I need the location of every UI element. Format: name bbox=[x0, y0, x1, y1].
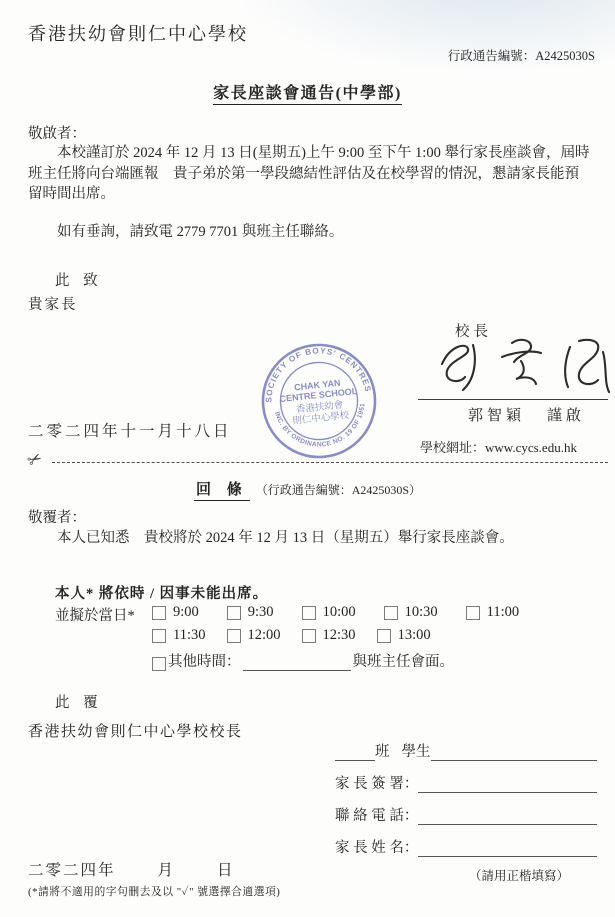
time-option: 13:00 bbox=[377, 627, 431, 644]
reply-date-year: 二零二四年 bbox=[28, 862, 116, 879]
time-option: 9:30 bbox=[227, 604, 274, 621]
parent-name-label: 家 長 姓 名： bbox=[335, 836, 418, 857]
notice-closing: 此 致 bbox=[55, 271, 103, 292]
checkbox-11-30[interactable] bbox=[152, 629, 166, 643]
checkbox-9-30[interactable] bbox=[227, 606, 241, 620]
principal-name-row: 郭智穎謹啟 bbox=[468, 404, 585, 425]
student-name-field[interactable] bbox=[431, 745, 598, 761]
checkbox-10-00[interactable] bbox=[302, 606, 316, 620]
reply-salutation: 敬覆者： bbox=[28, 508, 86, 529]
footnote: (*請將不適用的字句刪去及以 "✓" 號選擇合適選項) bbox=[28, 884, 280, 899]
contact-phone-field[interactable] bbox=[418, 809, 597, 825]
parent-signature-row: 家 長 簽 署： bbox=[335, 772, 597, 793]
reply-closing: 此 覆 bbox=[55, 693, 103, 714]
school-website: 學校網址：www.cycs.edu.hk bbox=[420, 437, 577, 456]
cut-here-dashed-line bbox=[52, 462, 608, 463]
parent-name-field[interactable] bbox=[418, 841, 597, 857]
parent-signature-field[interactable] bbox=[418, 777, 597, 793]
student-label: 學生 bbox=[402, 740, 431, 761]
reply-slip-notice-number: （行政通告編號：A2425030S） bbox=[256, 483, 421, 497]
checkbox-13-00[interactable] bbox=[377, 629, 391, 643]
signature-line bbox=[418, 399, 608, 400]
checkbox-11-00[interactable] bbox=[466, 606, 480, 620]
class-field[interactable] bbox=[335, 745, 375, 761]
parent-name-row: 家 長 姓 名： bbox=[335, 836, 597, 857]
attendance-choice-line: 本人* 將依時 / 因事未能出席。 bbox=[55, 584, 268, 605]
reply-date-day: 日 bbox=[217, 862, 235, 879]
other-time-suffix: 與班主任會面。 bbox=[353, 650, 455, 671]
time-option: 9:00 bbox=[152, 604, 199, 621]
principal-name: 郭智穎 bbox=[468, 408, 525, 424]
class-student-row: 班 學生 bbox=[335, 740, 597, 761]
reply-date-month: 月 bbox=[158, 862, 176, 879]
checkbox-12-00[interactable] bbox=[227, 629, 241, 643]
checkbox-12-30[interactable] bbox=[302, 629, 316, 643]
other-time-label: 其他時間： bbox=[168, 650, 241, 671]
time-option: 11:00 bbox=[466, 604, 520, 621]
other-time-row: 其他時間： 與班主任會面。 bbox=[152, 650, 454, 671]
reply-date-line: 二零二四年月日 bbox=[28, 858, 235, 880]
document-title: 家長座談會通告(中學部) bbox=[0, 80, 615, 103]
time-options-row-1: 9:00 9:30 10:00 10:30 11:00 bbox=[152, 604, 519, 621]
signoff: 謹啟 bbox=[547, 408, 585, 424]
admin-notice-number: 行政通告編號：A2425030S bbox=[448, 46, 595, 64]
school-name: 香港扶幼會則仁中心學校 bbox=[28, 20, 248, 46]
notice-paragraph-1: 本校謹訂於 2024 年 12 月 13 日(星期五)上午 9:00 至下午 1… bbox=[28, 143, 592, 205]
class-suffix-label: 班 bbox=[375, 740, 390, 761]
notice-paragraph-2: 如有垂詢，請致電 2779 7701 與班主任聯絡。 bbox=[28, 222, 592, 243]
principal-signature bbox=[428, 330, 613, 407]
contact-phone-label: 聯 絡 電 話： bbox=[335, 804, 418, 825]
time-options-row-2: 11:30 12:00 12:30 13:00 bbox=[152, 627, 431, 644]
contact-phone-row: 聯 絡 電 話： bbox=[335, 804, 597, 825]
time-option: 10:00 bbox=[302, 604, 356, 621]
time-option: 10:30 bbox=[384, 604, 438, 621]
parent-signature-label: 家 長 簽 署： bbox=[335, 772, 418, 793]
reply-slip-title: 回 條（行政通告編號：A2425030S） bbox=[0, 478, 615, 499]
notice-salutation: 敬啟者： bbox=[28, 124, 86, 145]
scanned-notice-document: 香港扶幼會則仁中心學校 行政通告編號：A2425030S 家長座談會通告(中學部… bbox=[0, 0, 615, 917]
reply-fields: 班 學生 家 長 簽 署： 聯 絡 電 話： 家 長 姓 名： （請用正楷填寫） bbox=[335, 740, 597, 884]
time-option: 11:30 bbox=[152, 627, 206, 644]
checkbox-9-00[interactable] bbox=[152, 606, 166, 620]
checkbox-10-30[interactable] bbox=[384, 606, 398, 620]
school-stamp-seal: SOCIETY OF BOYS' CENTRES INC. BY ORDINAN… bbox=[252, 334, 386, 468]
notice-date: 二零二四年十一月十八日 bbox=[28, 419, 232, 441]
school-stamp: SOCIETY OF BOYS' CENTRES INC. BY ORDINAN… bbox=[252, 334, 386, 468]
reply-addressee-line: 香港扶幼會則仁中心學校校長 bbox=[28, 720, 243, 741]
notice-recipient: 貴家長 bbox=[28, 295, 78, 316]
other-time-field[interactable] bbox=[243, 655, 351, 671]
checkbox-other-time[interactable] bbox=[152, 657, 166, 671]
reply-slip-title-text: 回 條 bbox=[194, 482, 250, 501]
time-select-label: 並擬於當日* bbox=[55, 606, 135, 627]
scissors-icon: ✂ bbox=[24, 448, 46, 472]
block-letters-note: （請用正楷填寫） bbox=[335, 866, 597, 884]
time-option: 12:30 bbox=[302, 627, 356, 644]
time-option: 12:00 bbox=[227, 627, 281, 644]
reply-paragraph: 本人已知悉 貴校將於 2024 年 12 月 13 日（星期五）舉行家長座談會。 bbox=[28, 528, 592, 549]
